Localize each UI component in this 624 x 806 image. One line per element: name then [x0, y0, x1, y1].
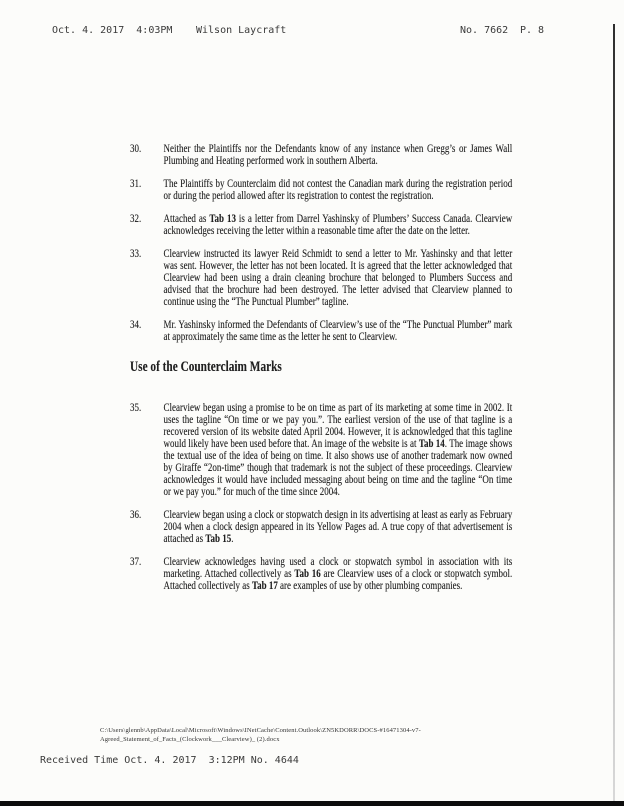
numbered-paragraph: 35.Clearview began using a promise to be…: [130, 402, 512, 498]
numbered-paragraph: 30.Neither the Plaintiffs nor the Defend…: [130, 143, 512, 167]
document-body: 30.Neither the Plaintiffs nor the Defend…: [130, 143, 512, 603]
file-path-line: C:\Users\glennb\AppData\Local\Microsoft\…: [100, 726, 421, 735]
paragraph-number: 33.: [130, 248, 164, 308]
paragraph-number: 31.: [130, 178, 164, 202]
numbered-paragraph: 31.The Plaintiffs by Counterclaim did no…: [130, 178, 512, 202]
scanned-fax-page: Oct. 4. 2017 4:03PM Wilson Laycraft No. …: [0, 0, 624, 806]
received-time-stamp: Received Time Oct. 4. 2017 3:12PM No. 46…: [40, 755, 299, 766]
fax-sender-name: Wilson Laycraft: [196, 25, 286, 36]
section-heading: Use of the Counterclaim Marks: [130, 360, 512, 375]
paragraph-text: The Plaintiffs by Counterclaim did not c…: [164, 178, 513, 202]
numbered-paragraph: 37.Clearview acknowledges having used a …: [130, 556, 512, 592]
paragraph-number: 32.: [130, 213, 164, 237]
paragraph-number: 35.: [130, 402, 164, 498]
paragraph-text: Clearview instructed its lawyer Reid Sch…: [164, 248, 513, 308]
paragraph-number: 34.: [130, 319, 164, 343]
scan-edge-artifact: [613, 24, 615, 801]
paragraph-number: 37.: [130, 556, 164, 592]
paragraph-text: Mr. Yashinsky informed the Defendants of…: [164, 319, 513, 343]
paragraph-text: Clearview began using a promise to be on…: [164, 402, 513, 498]
numbered-paragraph: 36.Clearview began using a clock or stop…: [130, 509, 512, 545]
numbered-paragraph: 33.Clearview instructed its lawyer Reid …: [130, 248, 512, 308]
numbered-paragraph: 32.Attached as Tab 13 is a letter from D…: [130, 213, 512, 237]
document-file-path: C:\Users\glennb\AppData\Local\Microsoft\…: [100, 726, 421, 744]
fax-document-number: No. 7662: [460, 25, 508, 36]
paragraph-number: 36.: [130, 509, 164, 545]
fax-page-number: P. 8: [520, 25, 544, 36]
fax-datetime-stamp: Oct. 4. 2017 4:03PM: [52, 25, 172, 36]
paragraph-text: Clearview acknowledges having used a clo…: [164, 556, 513, 592]
paragraph-text: Neither the Plaintiffs nor the Defendant…: [164, 143, 513, 167]
paragraph-number: 30.: [130, 143, 164, 167]
numbered-paragraph: 34.Mr. Yashinsky informed the Defendants…: [130, 319, 512, 343]
paragraph-text: Attached as Tab 13 is a letter from Darr…: [164, 213, 513, 237]
paragraph-text: Clearview began using a clock or stopwat…: [164, 509, 513, 545]
file-path-line: Agreed_Statement_of_Facts_(Clockwork___C…: [100, 735, 421, 744]
scan-bottom-bar-artifact: [0, 801, 624, 806]
